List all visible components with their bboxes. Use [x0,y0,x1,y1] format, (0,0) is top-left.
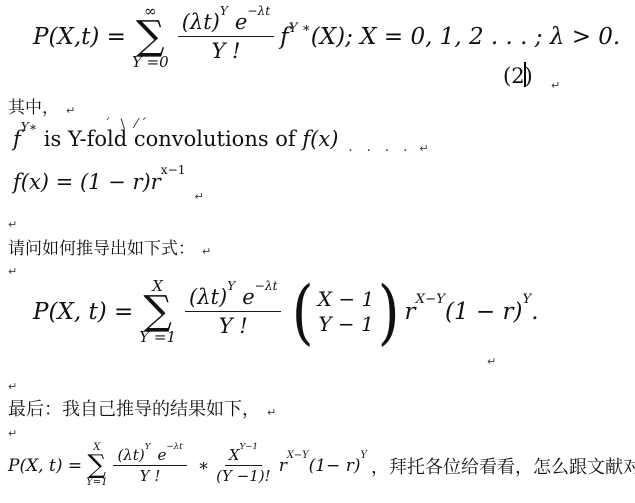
document-page[interactable]: P(X,t) = ∞ ∑ Y =0 (λt)Ye−λt Y ! fY ∗ (X)… [0,0,635,503]
f2-sum: X ∑ Y =1 [139,279,176,345]
f3-one-minus-r: (1− r) [309,456,361,476]
f1-fraction: (λt)Ye−λt Y ! [178,10,274,63]
fx-sup: x−1 [161,163,186,177]
f3-fraction-1: (λt)Ye−λt Y ! [113,446,186,485]
line-qizhong: 其中，↵ [8,93,75,118]
f1-denominator: Y ! [211,37,240,63]
f1-lhs: P(X,t) = [33,24,126,50]
paragraph-mark: ↵ [8,428,17,439]
text-cursor [524,62,526,87]
binomial-coefficient: ( X − 1 Y − 1 ) [289,286,402,339]
sigma-symbol: ∑ [143,295,172,328]
line-fx: f(x) = (1 − r)rx−1↵ [13,170,195,194]
f1-exp-neg-lambda-t: −λt [247,4,270,18]
f2-numerator: (λt)Ye−λt [185,285,281,312]
line-finally: 最后：我自己推导的结果如下，↵ [8,395,276,421]
paragraph-mark: ↵ [202,246,211,257]
f2-denominator: Y ! [219,312,248,338]
f2-lhs: P(X, t) = [33,299,133,325]
f3-lhs: P(X, t) = [8,456,82,476]
f3-sum: X ∑ Y=1 [86,443,107,488]
f3-lambda-t: (λt) [117,446,144,464]
f1-lambda-t: (λt) [182,10,220,34]
f2-exp-neg-lambda-t: −λt [255,279,278,293]
f3-exp-Y: Y [145,442,151,452]
f1-e: e [235,10,247,34]
line-question: 请问如何推导出如下式：↵ [8,234,211,259]
f1-numerator: (λt)Ye−λt [178,10,274,37]
f2-sum-lower: Y =1 [139,330,176,345]
f2-one-minus-r-sup: Y [522,292,531,307]
paragraph-mark: ↵ [8,219,17,230]
f3-one-minus-r-sup: Y [360,450,367,461]
f1-tail: (X); X = 0, 1, 2 . . . ; λ > 0. [311,24,620,50]
paragraph-mark: ↵ [419,143,428,154]
f3-X-sup: Y−1 [240,442,259,452]
f3-denominator-2: (Y −1)! [216,466,271,485]
paragraph-mark: ↵ [551,80,560,91]
closing-comment: ，拜托各位给看看，怎么跟文献对不上。 [371,453,635,479]
f3-r: r [279,456,287,476]
paragraph-mark: ↵ [487,356,496,367]
conv-fx: f(x) [302,127,338,151]
f1-exp-Y: Y [220,4,228,18]
formula-2: P(X, t) = X ∑ Y =1 (λt)Ye−λt Y ! ( X − 1… [33,279,539,345]
f3-e: e [157,446,166,464]
f2-period: . [531,299,538,325]
f3-numerator-2: XY−1 [225,446,262,466]
f2-r-sup: X−Y [416,292,445,307]
f2-r: r [405,299,416,325]
paragraph-mark: ↵ [267,407,276,418]
line-convolution: fY∗ is Y-fold convolutions of f(x). . . … [13,127,429,151]
f2-one-minus-r: (1 − r) [445,299,522,325]
f3-X: X [229,446,240,464]
f3-r-terms: rX−Y(1− r)Y [279,456,367,476]
formula-1: P(X,t) = ∞ ∑ Y =0 (λt)Ye−λt Y ! fY ∗ (X)… [33,4,620,70]
f1-sum-lower: Y =0 [132,55,169,70]
binom-column: X − 1 Y − 1 [318,287,374,337]
trailing-dots: . . . . [348,140,412,155]
conv-middle: is Y-fold convolutions of [37,127,302,151]
conv-f: f [13,127,21,151]
finally-text: 最后：我自己推导的结果如下， [8,399,260,419]
paragraph-mark: ↵ [8,266,17,277]
f3-r-sup: X−Y [287,450,309,461]
conv-f-sup: Y∗ [21,120,37,134]
f3-denominator-1: Y ! [140,466,161,485]
left-paren: ( [292,286,314,339]
f2-r-terms: rX−Y(1 − r)Y. [405,299,539,325]
f1-sum: ∞ ∑ Y =0 [132,4,169,70]
f3-fraction-2: XY−1 (Y −1)! [216,446,271,485]
sigma-symbol: ∑ [87,454,106,476]
fx-body: f(x) = (1 − r)r [13,170,161,194]
f2-lambda-t: (λt) [189,285,227,309]
f2-fraction: (λt)Ye−λt Y ! [185,285,281,338]
right-paren: ) [378,286,400,339]
formula-3: P(X, t) = X ∑ Y=1 (λt)Ye−λt Y ! ∗ XY−1 (… [8,443,635,488]
f2-e: e [242,285,254,309]
f1-f: f [280,24,289,50]
paragraph-mark: ↵ [66,105,75,116]
f3-exp-neg-lambda-t: −λt [166,442,182,452]
paragraph-mark: ↵ [195,190,204,203]
multiply-asterisk: ∗ [198,456,210,476]
paragraph-mark: ↵ [8,381,17,392]
binom-top: X − 1 [318,287,374,312]
question-text: 请问如何推导出如下式： [8,239,195,258]
qizhong-text: 其中， [8,98,59,117]
equation-number: (2) [503,64,533,88]
sigma-symbol: ∑ [136,20,165,53]
f2-exp-Y: Y [227,279,235,293]
binom-bottom: Y − 1 [318,312,373,337]
f3-sum-lower: Y=1 [86,478,107,488]
f3-numerator-1: (λt)Ye−λt [113,446,186,466]
